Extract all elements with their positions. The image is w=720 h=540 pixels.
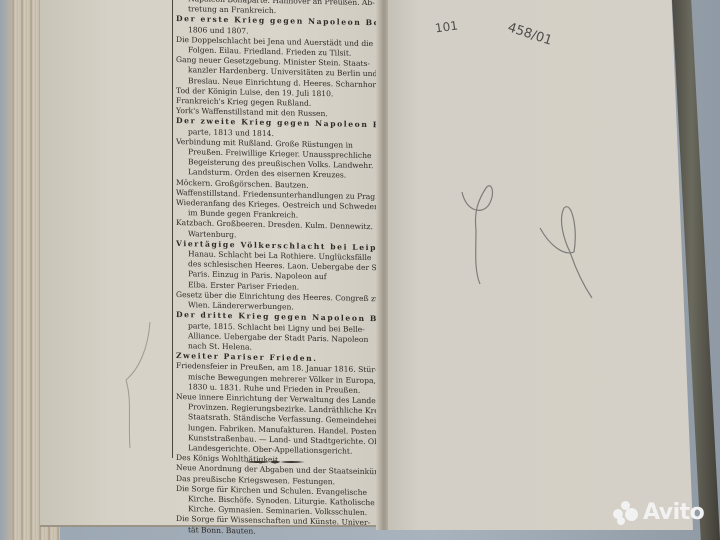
pencil-mark-left [118, 320, 158, 450]
tail-piece-ornament-icon [245, 459, 305, 465]
edge-shadow [0, 0, 12, 540]
avito-logo-icon [613, 501, 639, 525]
pencil-marks [440, 170, 630, 310]
avito-watermark-text: Avito [643, 500, 704, 525]
avito-watermark: Avito [613, 500, 704, 525]
